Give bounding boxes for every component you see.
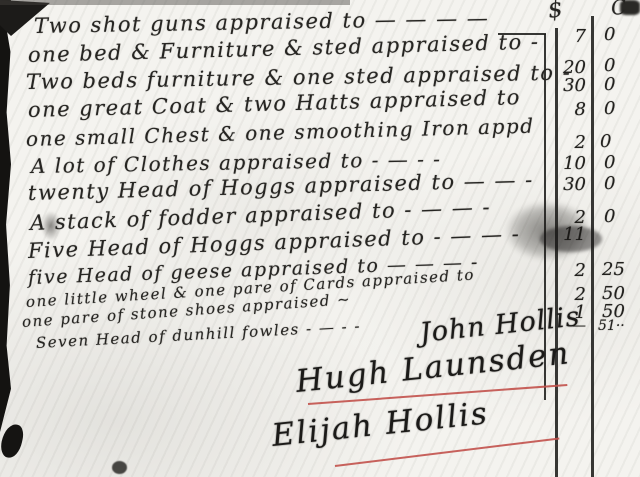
entry-8-cents: 0	[604, 206, 640, 227]
entry-5-dollars: 2	[552, 132, 586, 153]
entry-1-cents: 0	[604, 24, 640, 45]
entry-3-cents: 0	[604, 74, 640, 95]
signature-elijah-hollis: Elijah Hollis	[270, 395, 490, 454]
entry-13-cents: 51··	[598, 318, 638, 334]
entry-2-cents: 0	[604, 55, 640, 76]
entry-4-cents: 0	[604, 98, 640, 119]
scan-edge-bottom-left-blob	[0, 422, 25, 459]
entry-1-dollars: 7	[552, 26, 586, 47]
entry-4-dollars: 8	[552, 99, 586, 120]
entry-7-cents: 0	[604, 173, 640, 194]
column-rule-cents	[591, 16, 594, 477]
entry-9-dollars: 11	[552, 224, 586, 245]
entry-7-dollars: 30	[552, 174, 586, 195]
scan-edge-left-band	[0, 0, 11, 432]
dollars-column-header: $	[546, 0, 566, 24]
entry-5-cents: 0	[600, 131, 640, 152]
entry-6-cents: 0	[604, 152, 640, 173]
scanned-document-page: $ C Two shot guns appraised to — — — — o…	[0, 0, 640, 477]
entry-10-dollars: 2	[552, 260, 586, 281]
ink-speck-bottom	[112, 461, 127, 474]
scan-edge-top-strip	[0, 0, 350, 5]
cents-column-header: C	[610, 0, 629, 20]
entry-3-dollars: 30	[552, 75, 586, 96]
entry-10-cents: 25	[602, 259, 640, 280]
entry-6-dollars: 10	[552, 153, 586, 174]
